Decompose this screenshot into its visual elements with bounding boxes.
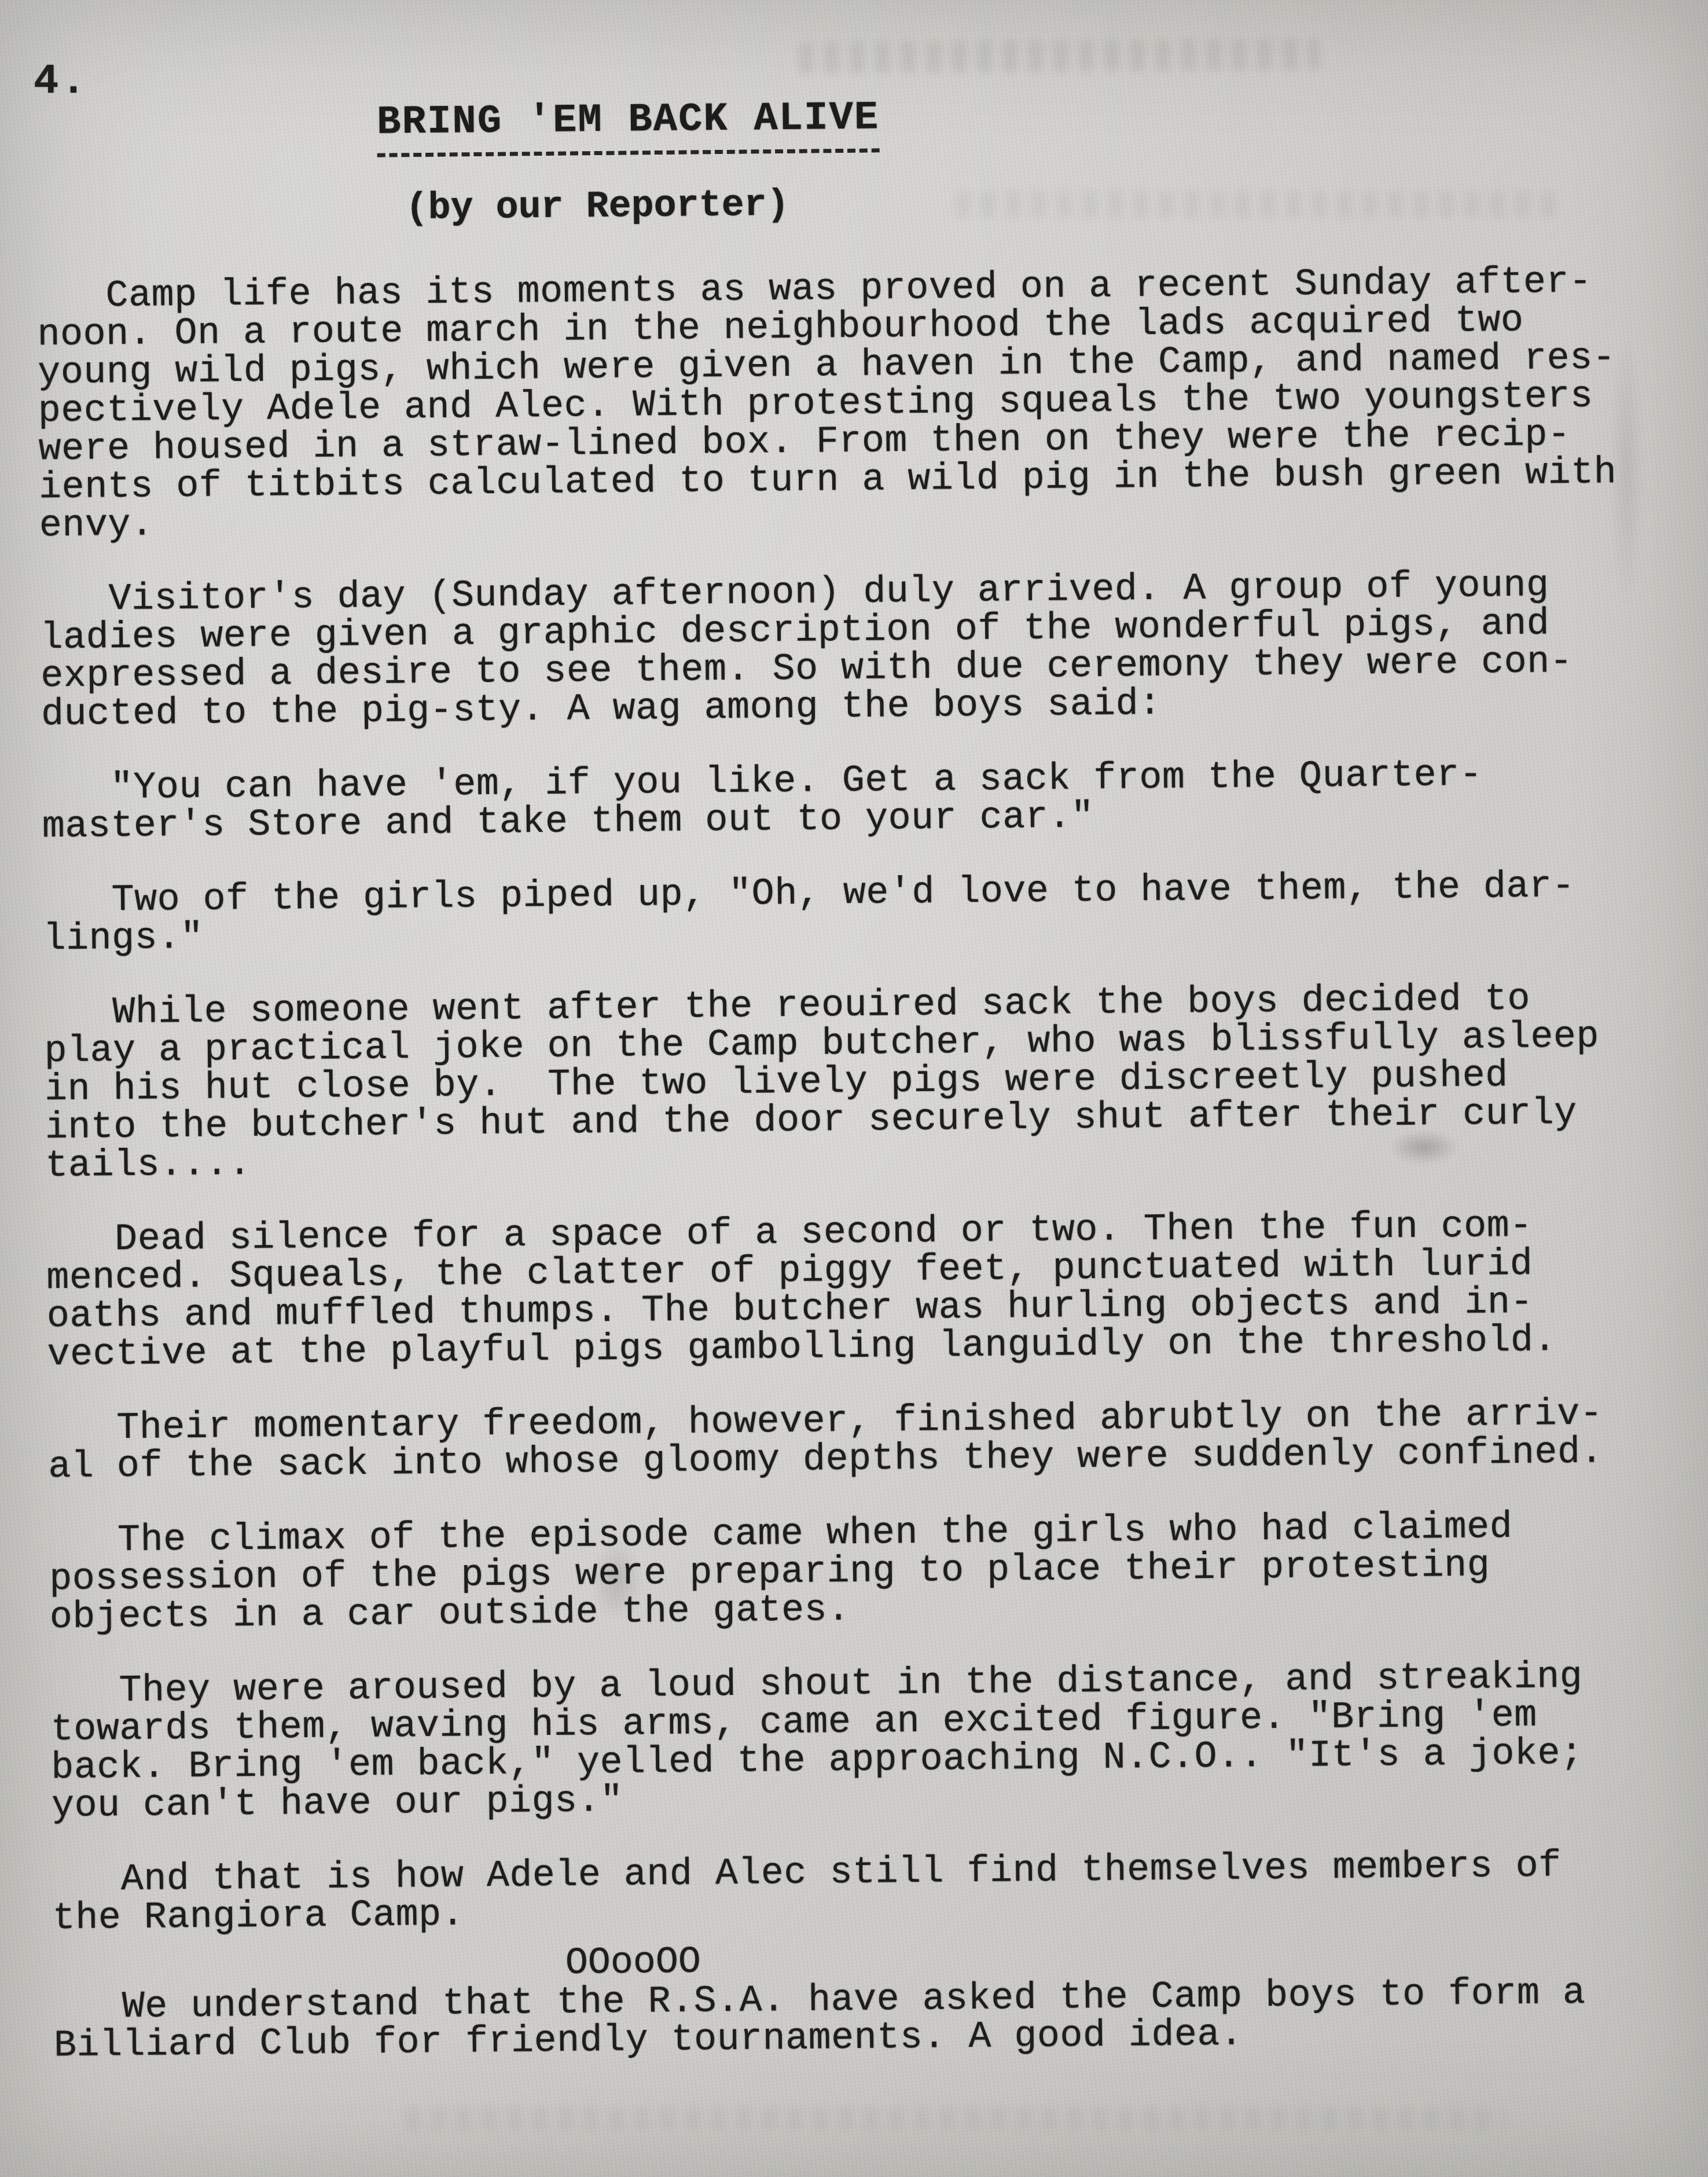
- paragraph: They were aroused by a loud shout in the…: [50, 1657, 1700, 1825]
- paragraph: While someone went after the reouired sa…: [44, 978, 1695, 1185]
- paragraph: "You can have 'em, if you like. Get a sa…: [42, 754, 1691, 846]
- paragraph: And that is how Adele and Alec still fin…: [52, 1845, 1702, 1937]
- article-body: Camp life has its moments as was proved …: [37, 262, 1703, 2065]
- paragraph: Their momentary freedom, however, finish…: [47, 1394, 1697, 1486]
- paragraph: Two of the girls piped up, "Oh, we'd lov…: [43, 866, 1692, 958]
- paragraph: The climax of the episode came when the …: [49, 1506, 1699, 1636]
- ink-bleed-through: [405, 2107, 1505, 2130]
- scanned-document-page: 4. BRING 'EM BACK ALIVE (by our Reporter…: [0, 0, 1708, 2177]
- article: BRING 'EM BACK ALIVE (by our Reporter) C…: [0, 0, 1708, 2065]
- article-byline: (by our Reporter): [405, 175, 1685, 230]
- paragraph: Dead silence for a space of a second or …: [46, 1205, 1696, 1374]
- paragraph: Camp life has its moments as was proved …: [37, 262, 1688, 545]
- paragraph: We understand that the R.S.A. have asked…: [53, 1973, 1703, 2065]
- paragraph: Visitor's day (Sunday afternoon) duly ar…: [40, 565, 1690, 733]
- article-title: BRING 'EM BACK ALIVE: [377, 95, 880, 157]
